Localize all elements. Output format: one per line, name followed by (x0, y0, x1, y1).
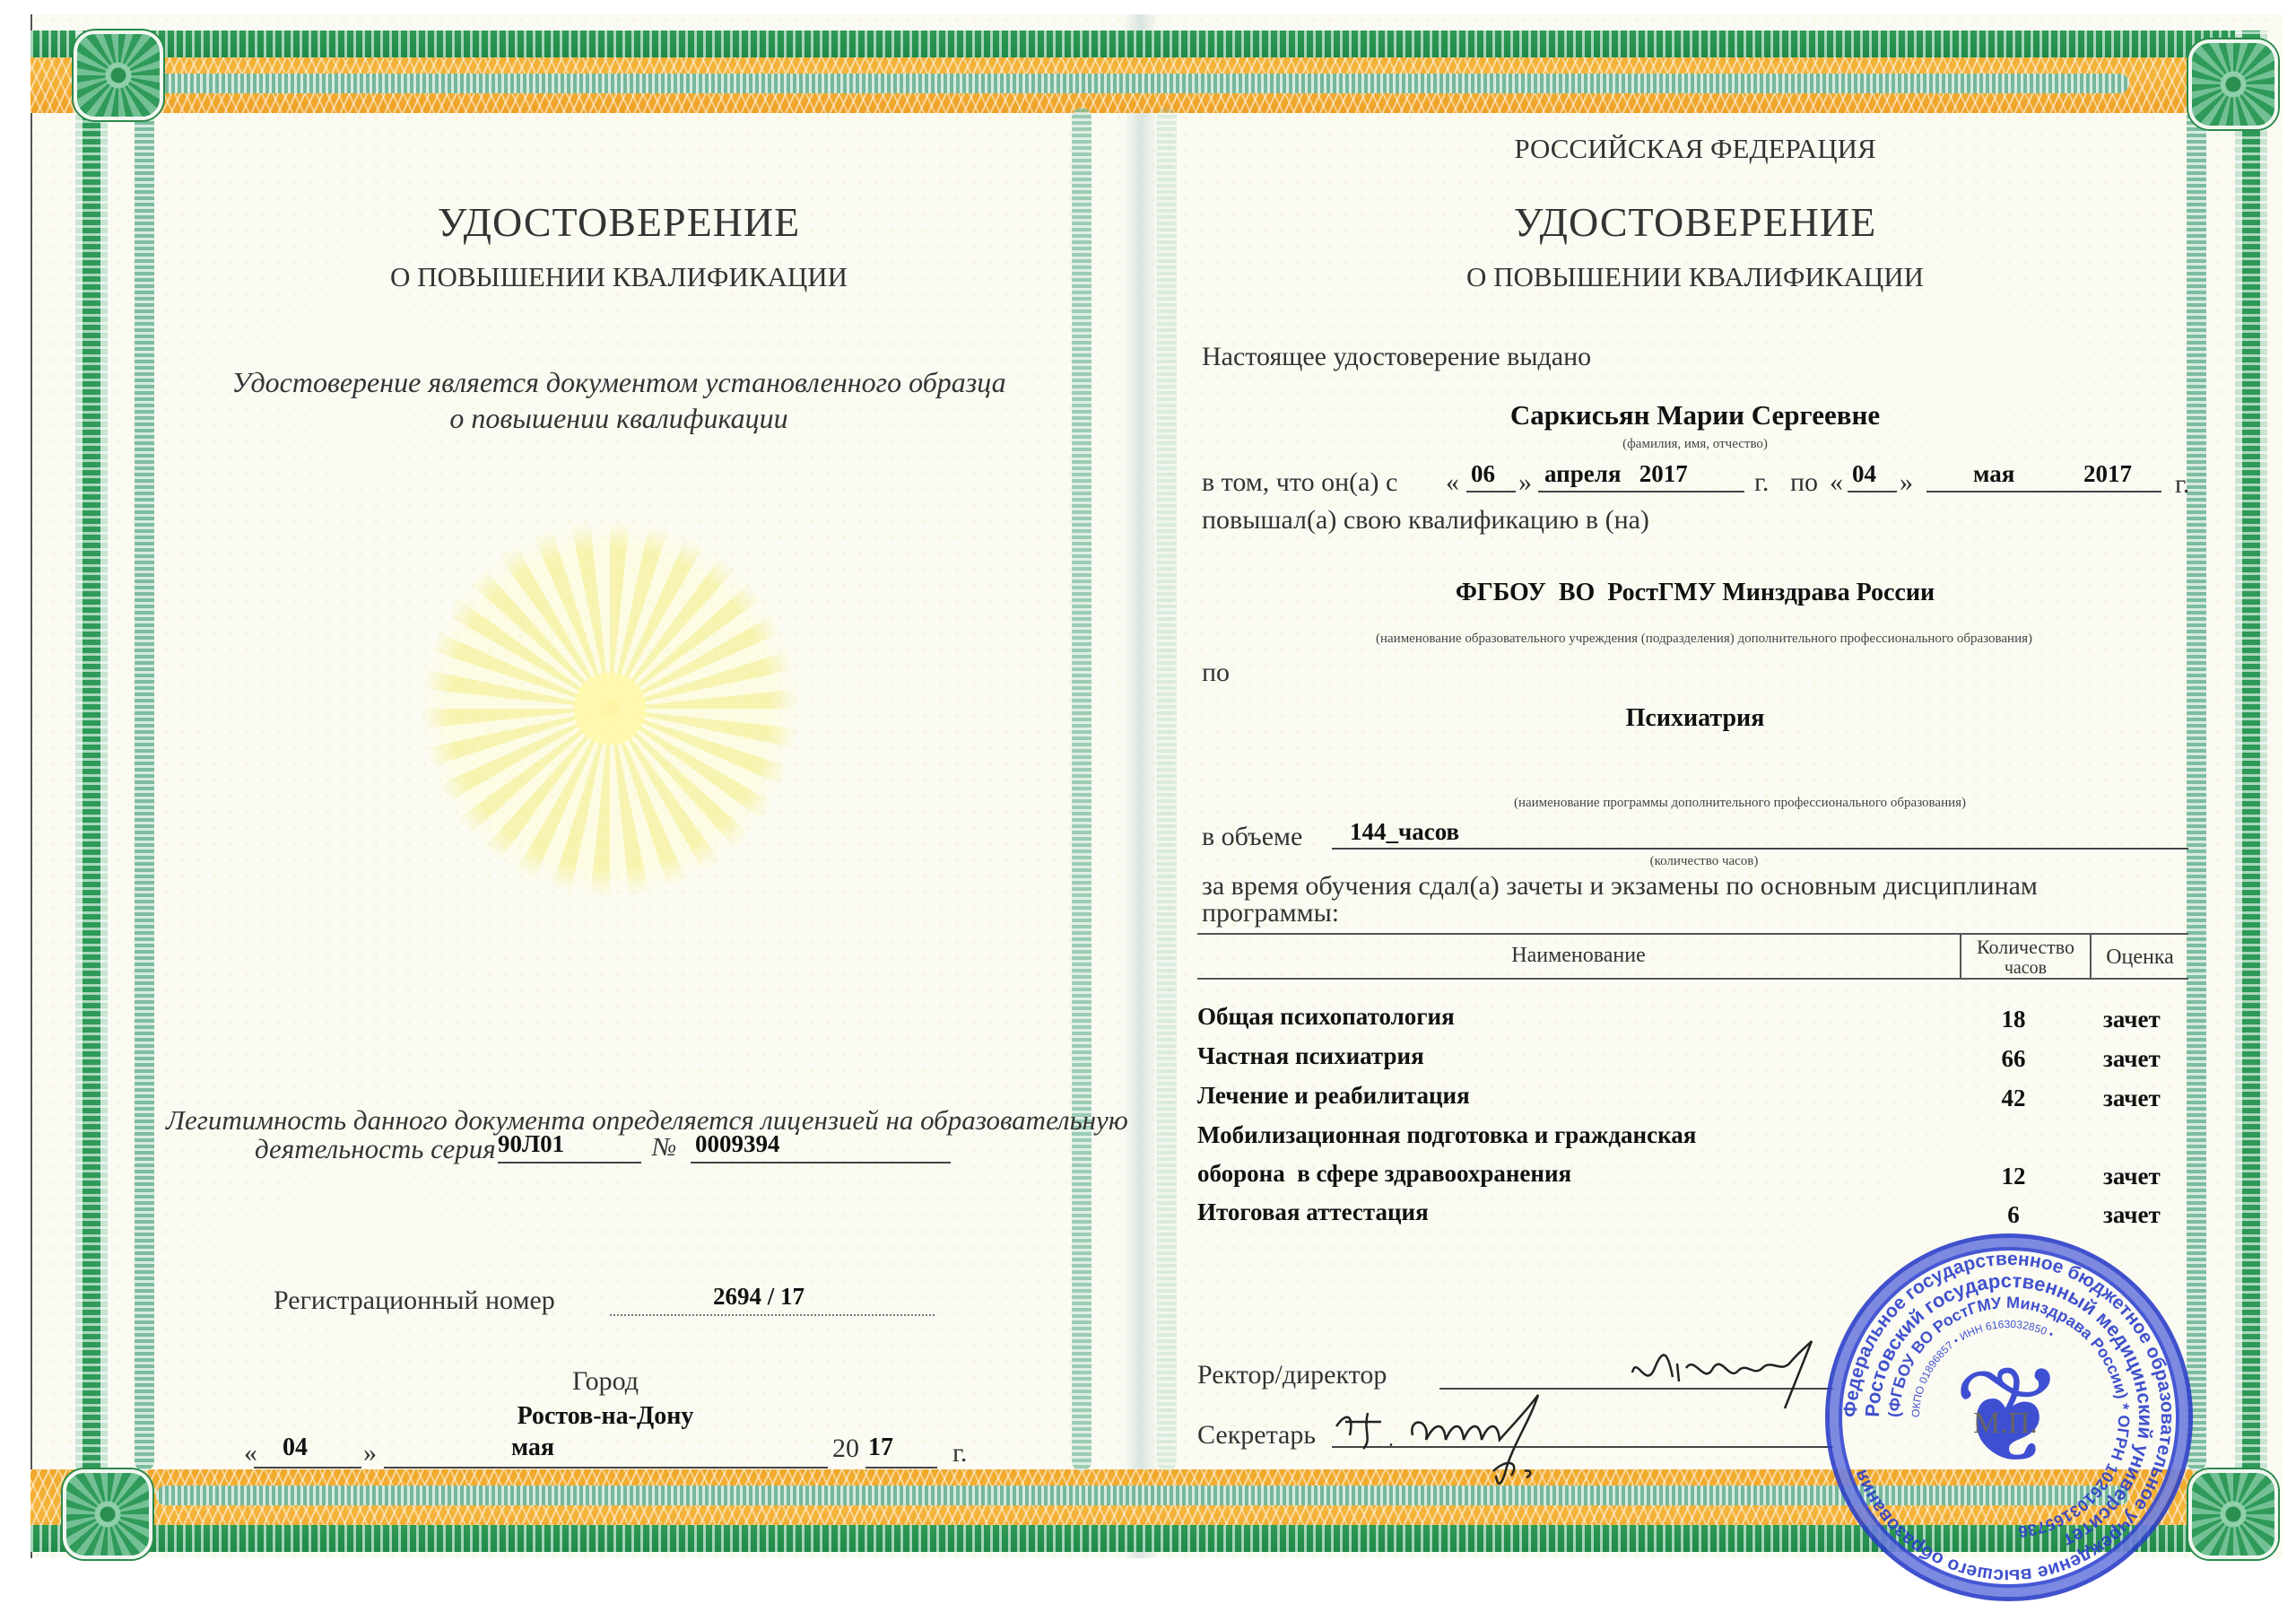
top-ornamental-band (30, 31, 2255, 113)
volume-caption: (количество часов) (1596, 855, 1812, 868)
left-statement-line1: Удостоверение является документом устано… (135, 368, 1103, 397)
license-series: 90Л01 (498, 1132, 564, 1156)
left-wave-ribbon (135, 108, 154, 1471)
corner-ornament-icon (2188, 1469, 2278, 1559)
rector-label: Ректор/директор (1197, 1362, 1387, 1389)
from-day-underline (1466, 491, 1516, 492)
secretary-label: Секретарь (1197, 1422, 1316, 1449)
seal-mark: М.П. (1973, 1407, 2038, 1441)
to-year-unit: г. (2175, 471, 2189, 498)
issue-year-suffix: 17 (868, 1435, 893, 1460)
from-month-year: апреля 2017 (1544, 462, 1688, 486)
issue-year-prefix: 20 (832, 1435, 859, 1462)
to-open-quote: « (1830, 469, 1843, 496)
registration-number: 2694 / 17 (713, 1285, 804, 1309)
holder-caption: (фамилия, имя, отчество) (1525, 438, 1865, 451)
to-date-underline (1926, 491, 2161, 492)
date-close-quote: » (363, 1440, 377, 1467)
table-row: Мобилизационная подготовка и гражданская (1197, 1123, 2188, 1155)
left-statement-line2: о повышении квалификации (135, 404, 1103, 432)
from-month-year-underline (1538, 491, 1744, 492)
issue-year-underline (865, 1467, 937, 1468)
table-row: Итоговая аттестация 6 зачет (1197, 1200, 2188, 1233)
top-wave-ribbon (156, 74, 2129, 93)
left-vertical-border (75, 31, 108, 1552)
left-title: УДОСТОВЕРЕНИЕ (269, 202, 969, 243)
discipline-name: Итоговая аттестация (1197, 1200, 1429, 1224)
issue-day-underline (254, 1467, 361, 1468)
discipline-grade: зачет (2103, 1086, 2161, 1111)
date-open-quote: « (244, 1440, 257, 1467)
top-green-strip (30, 31, 2255, 57)
period-prefix: в том, что он(а) с (1202, 469, 1397, 496)
to-close-quote: » (1900, 469, 1913, 496)
table-top-rule (1197, 933, 2188, 935)
city-name: Ростов-на-Дону (430, 1404, 780, 1429)
institution-name: ФГБОУ ВО РостГМУ Минздрава России (1345, 580, 2045, 606)
program-caption: (наименование программы дополнительного … (1345, 797, 2135, 810)
right-subtitle: О ПОВЫШЕНИИ КВАЛИФИКАЦИИ (1345, 263, 2045, 291)
from-day: 06 (1471, 462, 1495, 486)
page-spine (1123, 14, 1159, 1558)
table-header-rule (1197, 978, 2188, 980)
license-line1: Легитимность данного документа определяе… (166, 1106, 1128, 1134)
holder-name: Саркисьян Марии Сергеевне (1345, 401, 2045, 429)
to-day: 04 (1852, 462, 1876, 486)
table-header-grade: Оценка (2092, 946, 2188, 968)
discipline-name: Общая психопатология (1197, 1005, 1455, 1029)
issue-year-unit: г. (952, 1440, 967, 1467)
discipline-hours: 66 (1978, 1047, 2049, 1071)
registration-label: Регистрационный номер (274, 1287, 555, 1314)
institution-caption: (наименование образовательного учреждени… (1238, 632, 2170, 646)
qualified-at-label: повышал(а) свою квалификацию в (на) (1202, 507, 1649, 534)
discipline-hours: 6 (1978, 1203, 2049, 1227)
exams-line1: за время обучения сдал(а) зачеты и экзам… (1202, 873, 2038, 900)
table-header-hours-line1: Количество (1961, 937, 2090, 957)
license-series-underline (498, 1162, 641, 1163)
to-label: по (1790, 469, 1818, 496)
volume-label: в объеме (1202, 824, 1302, 850)
corner-ornament-icon (74, 31, 163, 120)
discipline-name: Лечение и реабилитация (1197, 1084, 1470, 1108)
left-page-inner-ribbon (1072, 108, 1091, 1471)
table-row: Общая психопатология 18 зачет (1197, 1005, 2188, 1037)
secretary-signature-icon (1327, 1386, 1623, 1494)
city-label: Город (502, 1368, 709, 1395)
table-header-hours-line2: часов (1961, 959, 2090, 977)
discipline-grade: зачет (2103, 1047, 2161, 1071)
discipline-name: Мобилизационная подготовка и гражданская (1197, 1123, 1696, 1147)
period-open-quote: « (1446, 469, 1459, 496)
license-number-underline (691, 1162, 951, 1163)
license-number: 0009394 (695, 1132, 780, 1156)
corner-ornament-icon (2188, 39, 2278, 129)
exams-line2: программы: (1202, 900, 1339, 927)
discipline-hours: 18 (1978, 1007, 2049, 1032)
to-day-underline (1848, 491, 1897, 492)
discipline-hours: 42 (1978, 1086, 2049, 1111)
issue-month: мая (511, 1435, 554, 1460)
program-name: Психиатрия (1525, 706, 1865, 731)
left-subtitle: О ПОВЫШЕНИИ КВАЛИФИКАЦИИ (269, 263, 969, 291)
discipline-grade: зачет (2103, 1007, 2161, 1032)
table-row: Лечение и реабилитация 42 зачет (1197, 1084, 2188, 1116)
issued-to-label: Настоящее удостоверение выдано (1202, 344, 1591, 370)
rector-signature-icon (1623, 1337, 1830, 1417)
volume-value: 144_часов (1350, 820, 1459, 844)
volume-underline (1332, 848, 2188, 850)
to-month: мая (1973, 462, 2014, 486)
discipline-name: оборона в сфере здравоохранения (1197, 1162, 1571, 1186)
right-vertical-border (2235, 31, 2267, 1552)
license-label: деятельность серия (255, 1135, 496, 1163)
license-number-sign: № (652, 1135, 676, 1161)
table-row: Частная психиатрия 66 зачет (1197, 1044, 2188, 1076)
table-row: оборона в сфере здравоохранения 12 зачет (1197, 1162, 2188, 1194)
from-year-unit: г. (1754, 469, 1769, 496)
discipline-grade: зачет (2103, 1164, 2161, 1189)
period-close-quote: » (1518, 469, 1532, 496)
guilloche-rosette-icon (422, 520, 798, 897)
official-seal: Федеральное государственное бюджетное об… (1825, 1233, 2193, 1601)
corner-ornament-icon (63, 1469, 152, 1559)
issue-month-underline (384, 1467, 828, 1468)
program-label: по (1202, 659, 1230, 686)
discipline-grade: зачет (2103, 1203, 2161, 1227)
country-name: РОССИЙСКАЯ ФЕДЕРАЦИЯ (1372, 135, 2018, 162)
right-page-inner-ribbon (1157, 108, 1177, 1471)
right-wave-ribbon (2187, 108, 2206, 1471)
issue-day: 04 (283, 1435, 308, 1460)
registration-underline (610, 1314, 935, 1316)
to-year: 2017 (2083, 462, 2132, 486)
right-title: УДОСТОВЕРЕНИЕ (1345, 202, 2045, 243)
discipline-name: Частная психиатрия (1197, 1044, 1424, 1068)
table-header-name: Наименование (1197, 945, 1960, 966)
discipline-hours: 12 (1978, 1164, 2049, 1189)
